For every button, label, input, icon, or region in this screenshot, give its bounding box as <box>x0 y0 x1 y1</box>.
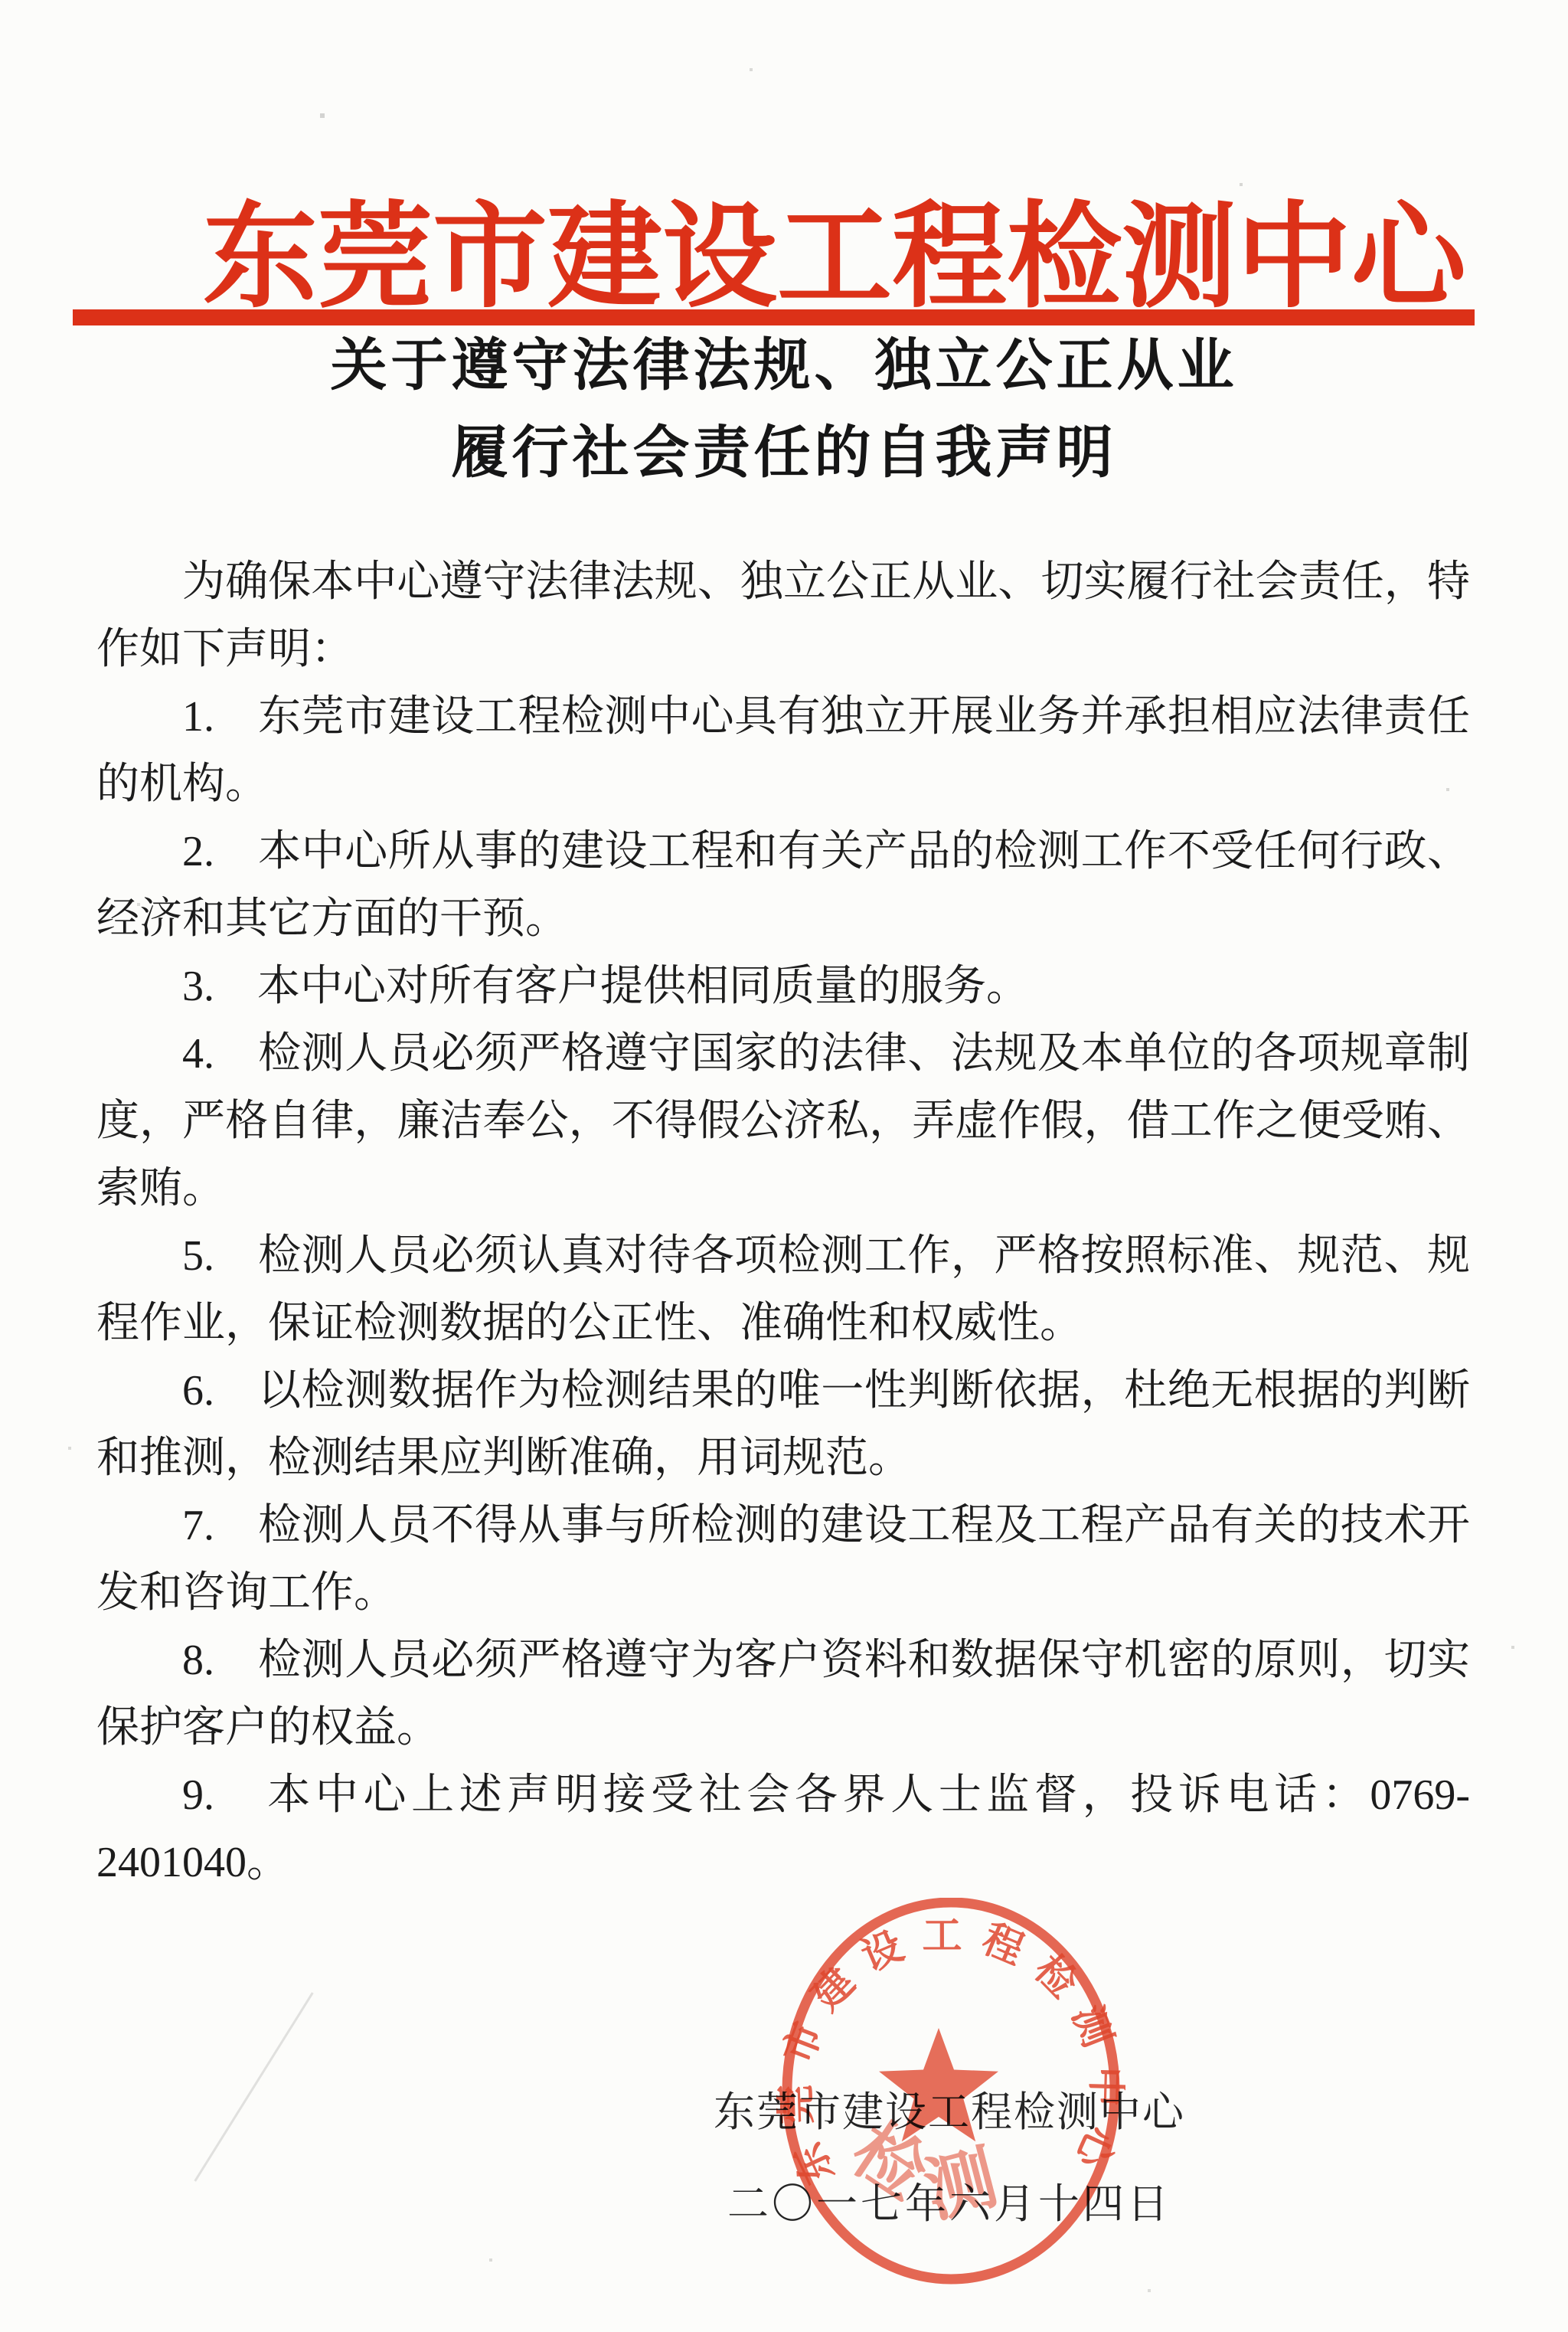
body-paragraph-8: 8. 检测人员必须严格遵守为客户资料和数据保守机密的原则，切实保护客户的权益。 <box>96 1627 1470 1761</box>
document-page: 东莞市建设工程检测中心 关于遵守法律法规、独立公正从业 履行社会责任的自我声明 … <box>0 0 1568 2332</box>
scan-artifact-streak <box>194 1992 313 2182</box>
body-paragraph-2: 2. 本中心所从事的建设工程和有关产品的检测工作不受任何行政、经济和其它方面的干… <box>96 818 1470 953</box>
body-paragraph-6: 6. 以检测数据作为检测结果的唯一性判断依据，杜绝无根据的判断和推测，检测结果应… <box>96 1357 1470 1492</box>
official-seal: 东莞市建设工程检测中心 检测中心 <box>776 1898 1125 2285</box>
letterhead-org-name: 东莞市建设工程检测中心 <box>51 201 1568 316</box>
doc-title-line2: 履行社会责任的自我声明 <box>0 425 1568 482</box>
body-paragraph-5: 5. 检测人员必须认真对待各项检测工作，严格按照标准、规范、规程作业，保证检测数… <box>96 1222 1470 1357</box>
body-paragraph-3: 3. 本中心对所有客户提供相同质量的服务。 <box>96 953 1470 1020</box>
scan-artifact-specks <box>0 0 2 2</box>
body-paragraph-intro: 为确保本中心遵守法律法规、独立公正从业、切实履行社会责任，特作如下声明： <box>96 548 1470 683</box>
body-text: 为确保本中心遵守法律法规、独立公正从业、切实履行社会责任，特作如下声明： 1. … <box>96 548 1470 1896</box>
body-paragraph-9: 9. 本中心上述声明接受社会各界人士监督，投诉电话：0769-2401040。 <box>96 1761 1470 1896</box>
doc-title-line1: 关于遵守法律法规、独立公正从业 <box>0 338 1568 394</box>
letterhead-rule <box>73 309 1475 325</box>
body-paragraph-1: 1. 东莞市建设工程检测中心具有独立开展业务并承担相应法律责任的机构。 <box>96 683 1470 818</box>
body-paragraph-7: 7. 检测人员不得从事与所检测的建设工程及工程产品有关的技术开发和咨询工作。 <box>96 1492 1470 1627</box>
body-paragraph-4: 4. 检测人员必须严格遵守国家的法律、法规及本单位的各项规章制度，严格自律，廉洁… <box>96 1020 1470 1222</box>
